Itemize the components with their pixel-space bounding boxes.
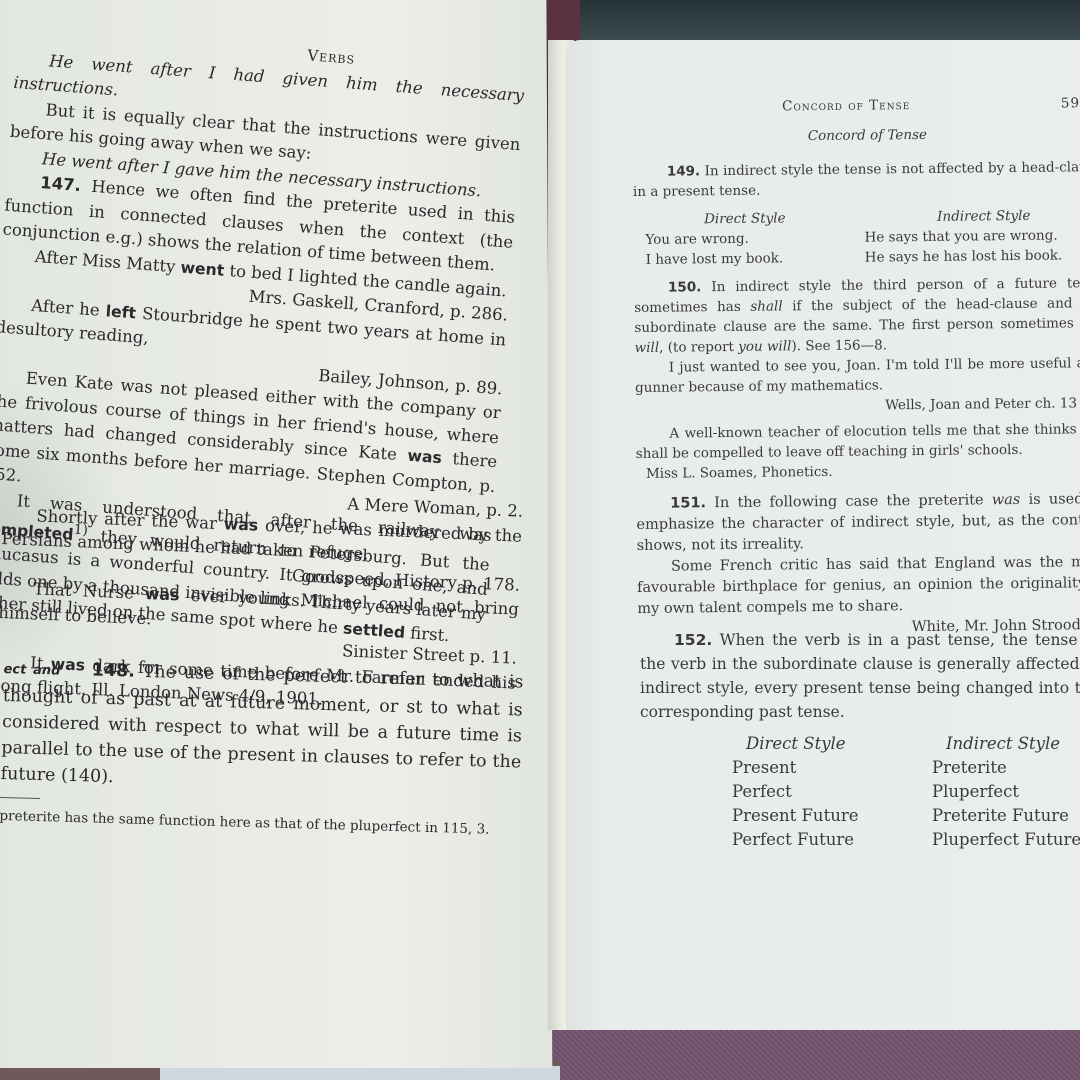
running-head-right: Concord of Tense 59 xyxy=(632,93,1080,118)
example-151: Some French critic has said that England… xyxy=(637,552,1080,620)
footnote-rule xyxy=(0,797,40,799)
example-150-1: I just wanted to see you, Joan. I'm told… xyxy=(635,353,1080,398)
paragraph-148: ect and 148. The use of the perfect to r… xyxy=(0,655,523,801)
paragraph-151: 151. In the following case the preterite… xyxy=(636,489,1080,557)
source-citation: Miss L. Soames, Phonetics. xyxy=(636,459,1080,484)
right-page-lower-text: 152. When the verb is in a past tense, t… xyxy=(640,628,1080,852)
background-top xyxy=(540,0,1080,40)
section-heading: Concord of Tense xyxy=(632,123,1080,148)
paragraph-149: 149. In indirect style the tense is not … xyxy=(633,157,1080,202)
page-number: 59 xyxy=(1061,93,1080,113)
left-page-lower-text: ect and 148. The use of the perfect to r… xyxy=(0,655,524,840)
section-number: 148. xyxy=(91,660,135,681)
paragraph-150: 150. In indirect style the third person … xyxy=(634,273,1080,358)
right-page-clip: Concord of Tense 59 Concord of Tense 149… xyxy=(566,40,1080,1030)
background-floor xyxy=(160,1066,560,1080)
example-150-2: A well-known teacher of elocution tells … xyxy=(635,419,1080,464)
table-149: Direct Style Indirect Style You are wron… xyxy=(645,205,1080,270)
section-number: 147. xyxy=(40,173,82,195)
right-page-upper-text: Concord of Tense 59 Concord of Tense 149… xyxy=(632,93,1080,640)
paragraph-152: 152. When the verb is in a past tense, t… xyxy=(640,628,1080,724)
margin-note: ect and xyxy=(3,662,60,679)
book-cloth-cover-bottom xyxy=(548,1028,1080,1080)
table-152: Direct Style Indirect Style Present Pret… xyxy=(732,732,1080,852)
